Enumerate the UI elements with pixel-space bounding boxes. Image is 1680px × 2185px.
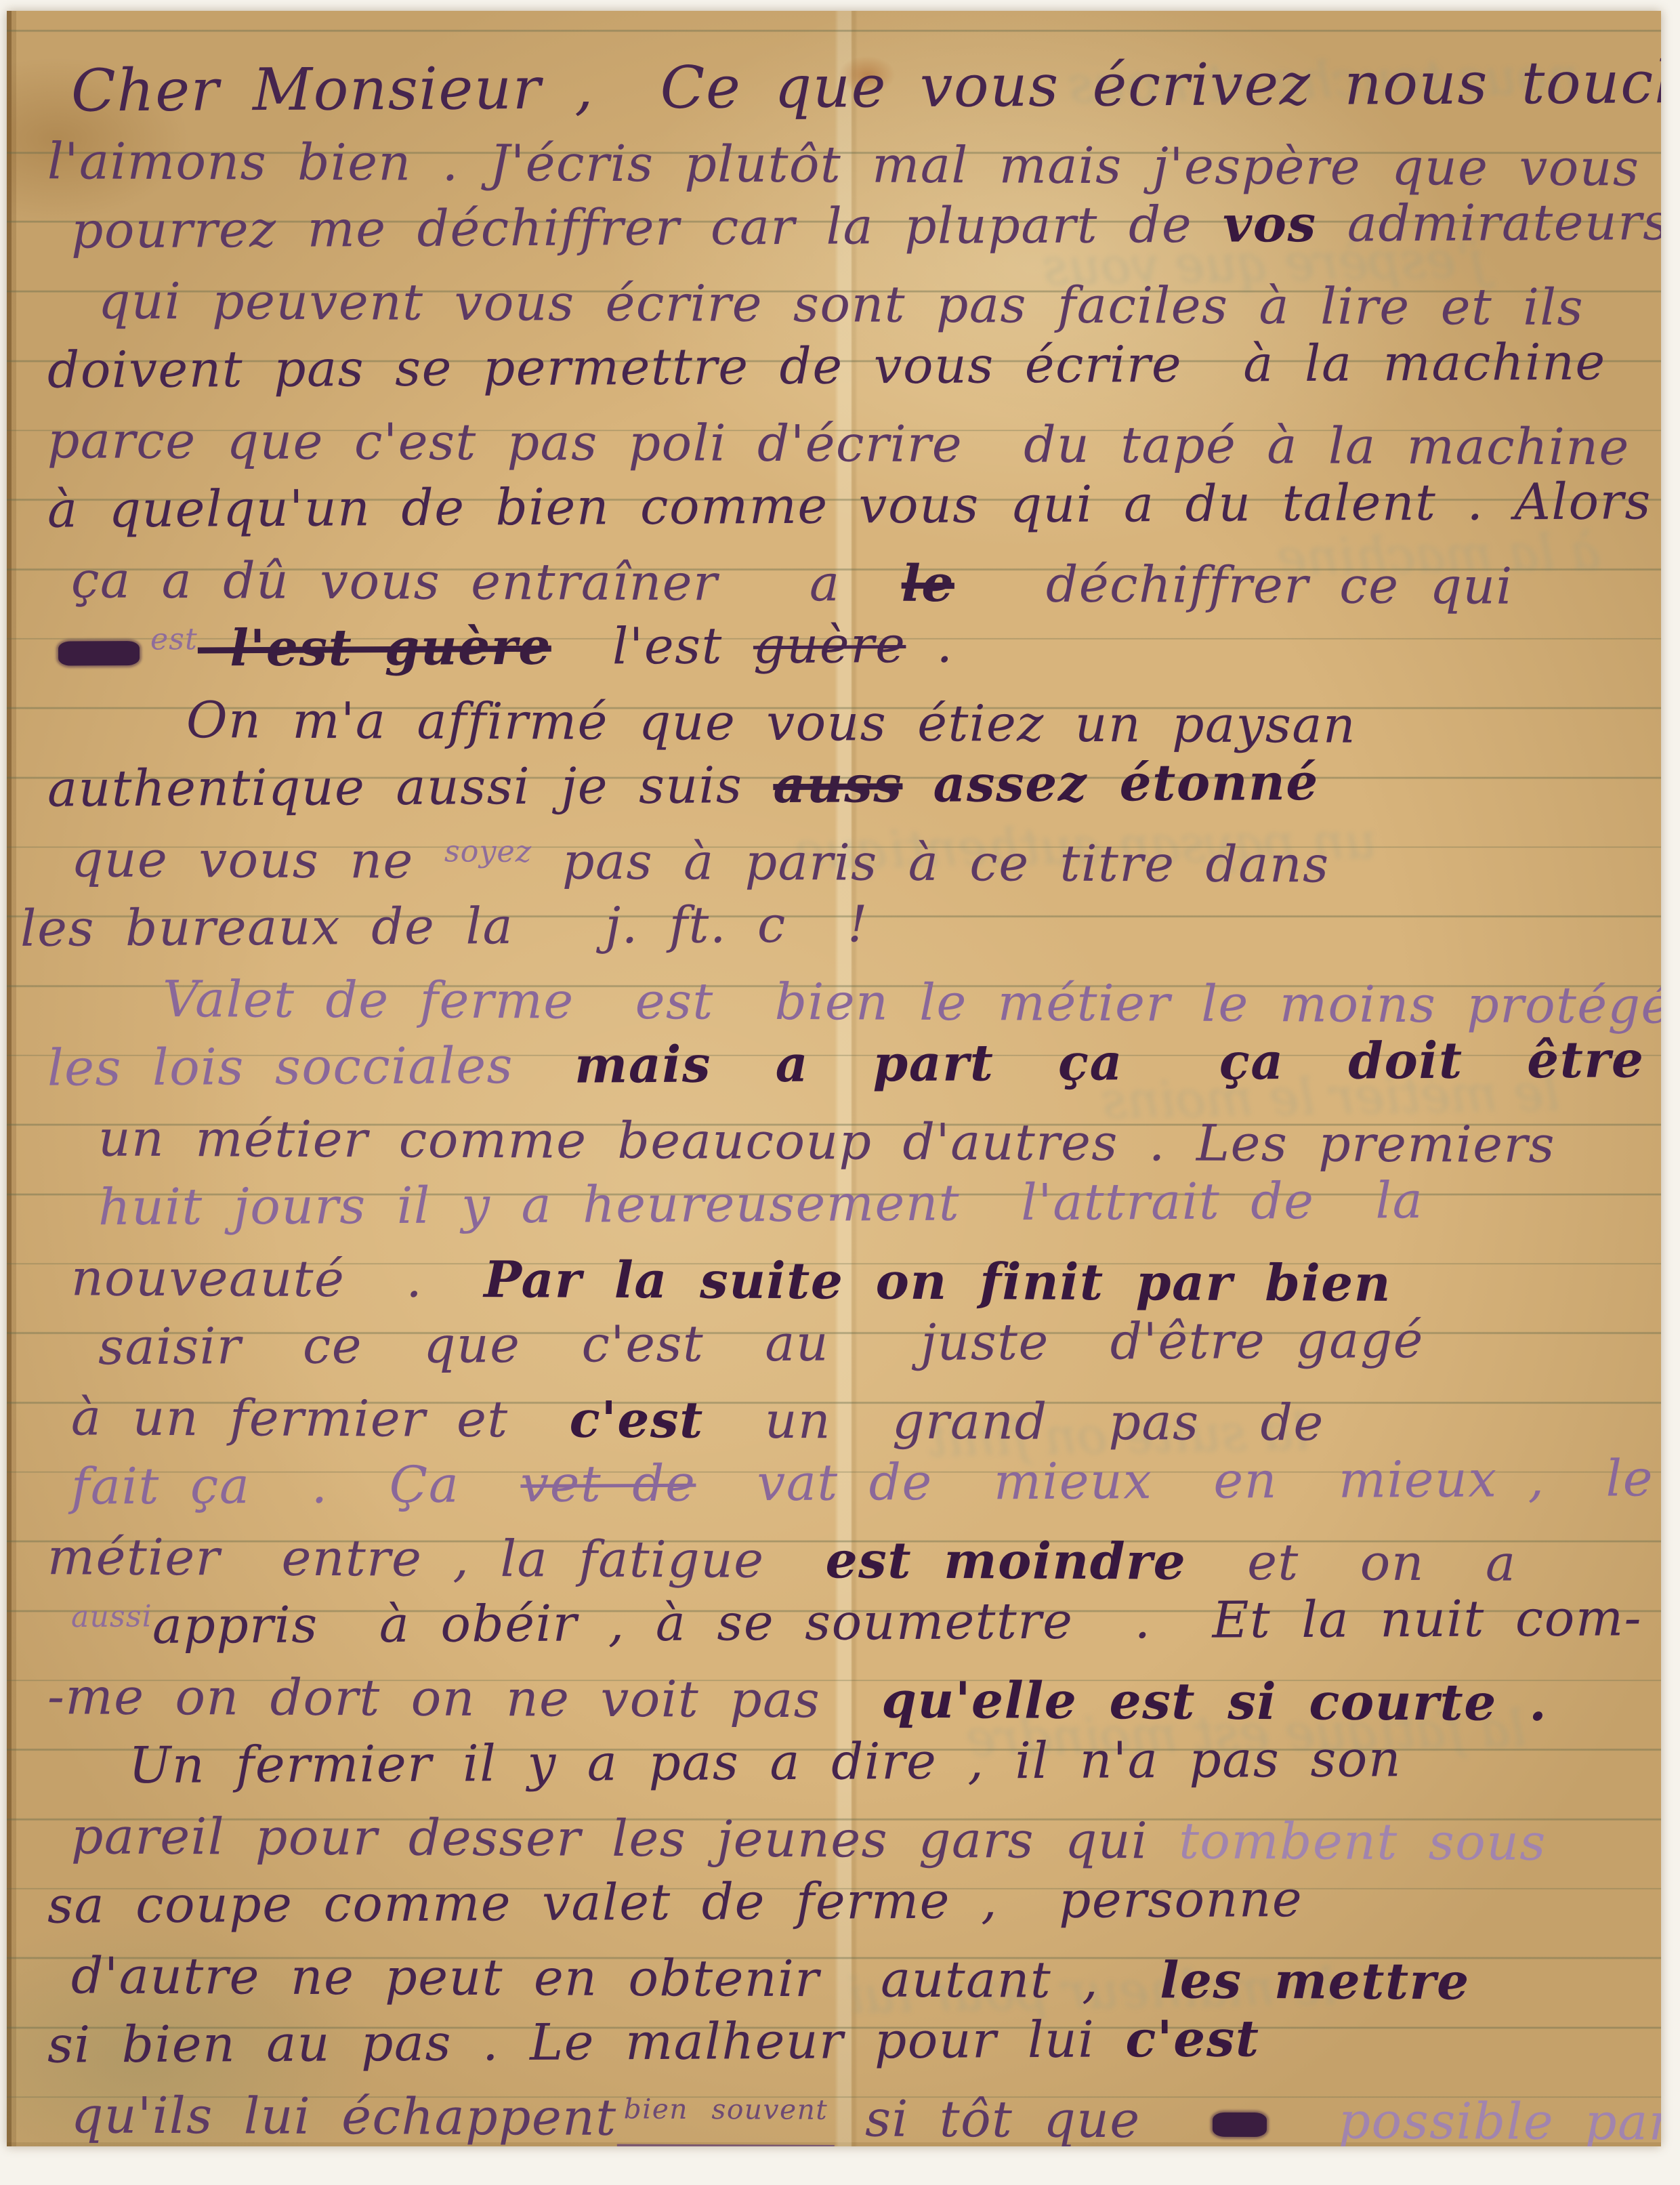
text-run: à un fermier et [71, 1388, 570, 1449]
text-run: authentique aussi je suis [47, 756, 774, 818]
struck-text: le [902, 555, 955, 613]
manuscript-line: huit jours il y a heureusement l'attrait… [7, 1165, 1661, 1243]
text-run: appris à obéir , à se soumettre . Et la … [152, 1589, 1643, 1655]
struck-text: auss [773, 755, 903, 814]
manuscript-line: Un fermier il y a pas a dire , il n'a pa… [7, 1723, 1661, 1802]
inserted-word: soyez [444, 816, 532, 887]
text-run: On m'a affirmé que vous étiez un paysan [186, 691, 1357, 755]
text-run: pareil pour desser les jeunes gars qui [71, 1807, 1179, 1870]
text-run: que vous ne [71, 830, 444, 890]
manuscript-line: si bien au pas . Le malheur pour lui c'e… [7, 2002, 1661, 2081]
manuscript-line: sa coupe comme valet de ferme , personne [7, 1863, 1661, 1941]
letter-page: nous touche et nousj'espère que vousà la… [7, 11, 1661, 2146]
manuscript-line: aussiappris à obéir , à se soumettre . E… [7, 1583, 1661, 1662]
manuscript-line: pourrez me déchiffrer car la plupart de … [7, 188, 1661, 266]
text-run: un grand pas de [704, 1391, 1324, 1452]
text-run: à quelqu'un de bien comme vous qui a du … [47, 472, 1652, 539]
text-run: si bien au pas . Le malheur pour lui [47, 2010, 1126, 2074]
text-run: pourrez me déchiffrer car la plupart de [71, 196, 1223, 260]
overwritten-text: est moindre [825, 1531, 1186, 1591]
text-run: ça a dû vous entraîner a [71, 551, 902, 612]
manuscript-line: fait ça . Ça vet de vat de mieux en mieu… [7, 1444, 1661, 1522]
faded-text: possible par [1339, 2092, 1661, 2146]
overwritten-text: c'est [1125, 2010, 1260, 2068]
manuscript-line: doivent pas se permettre de vous écrire … [7, 327, 1661, 406]
overwritten-text: mais a part ça ça doit être [574, 1031, 1645, 1094]
struck-text: l'est guère [198, 618, 551, 678]
manuscript-line: saisir ce que c'est au juste d'être gagé [7, 1304, 1661, 1383]
text-run: et on a [1186, 1533, 1517, 1593]
text-run: métier entre , la fatigue [47, 1528, 826, 1589]
text-run: l'est [551, 617, 754, 676]
manuscript-line: les bureaux de la j. ft. c ! [7, 886, 1661, 964]
overwritten-text: Par la suite on finit par bien [484, 1251, 1391, 1313]
manuscript-line: authentique aussi je suis auss assez éto… [7, 746, 1661, 825]
text-run: -me on dort on ne voit pas [47, 1667, 882, 1729]
text-run: qui peuvent vous écrire sont pas faciles… [98, 272, 1584, 337]
text-run: d'autre ne peut en obtenir autant , [71, 1947, 1160, 2010]
overwritten-text: qu'elle est si courte . [881, 1671, 1547, 1732]
manuscript-line: qu'ils lui échappentbien souvent si tôt … [7, 2081, 1661, 2146]
overwritten-text: les mettre [1160, 1951, 1470, 2011]
text-run [1278, 2092, 1339, 2146]
text-run: les lois socciales [47, 1037, 574, 1098]
manuscript-line: Cher Monsieur , Ce que vous écrivez nous… [7, 48, 1661, 127]
text-run: nouveauté . [71, 1249, 484, 1309]
ink-blot [1213, 2112, 1267, 2136]
text-run: si tôt que [835, 2089, 1202, 2146]
text-run: l'aimons bien . J'écris plutôt mal mais … [47, 132, 1640, 197]
text-run: qu'ils lui échappent [71, 2086, 617, 2146]
text-run: Un fermier il y a pas a dire , il n'a pa… [129, 1730, 1402, 1795]
overwritten-text: assez étonné [933, 753, 1319, 814]
text-run [902, 755, 933, 814]
text-run: admirateurs [1316, 193, 1661, 253]
text-run: parce que c'est pas poli d'écrire du tap… [47, 411, 1630, 476]
text-run: fait ça . Ça [71, 1455, 521, 1516]
manuscript-line: est l'est guère l'est guère . [7, 606, 1661, 685]
text-run: saisir ce que c'est au juste d'être gagé [98, 1311, 1424, 1376]
manuscript-line: à quelqu'un de bien comme vous qui a du … [7, 467, 1661, 545]
text-run: sa coupe comme valet de ferme , personne [47, 1870, 1303, 1935]
text-run: pas à paris à ce titre dans [532, 832, 1330, 894]
overwritten-text: c'est [569, 1391, 704, 1450]
text-run: huit jours il y a heureusement l'attrait… [98, 1171, 1424, 1236]
handwriting-layer: Cher Monsieur , Ce que vous écrivez nous… [7, 11, 1661, 2146]
text-run: . [906, 616, 953, 674]
manuscript-line: les lois socciales mais a part ça ça doi… [7, 1025, 1661, 1104]
overwritten-text: vos [1223, 195, 1317, 254]
struck-text: guère [753, 616, 906, 675]
text-run: les bureaux de la j. ft. c ! [20, 895, 869, 958]
inserted-word: est [150, 604, 198, 674]
text-run: Cher Monsieur , Ce que vous écrivez nous… [71, 47, 1661, 125]
text-run: déchiffrer ce qui [954, 555, 1513, 616]
inserted-word: aussi [71, 1581, 152, 1652]
struck-text: vet de [520, 1455, 696, 1514]
text-run: vat de mieux en mieux , le [696, 1449, 1654, 1512]
text-run: doivent pas se permettre de vous écrire … [47, 333, 1606, 400]
text-run: un métier comme beaucoup d'autres . Les … [98, 1110, 1555, 1174]
ink-blot [58, 641, 140, 666]
inserted-word: bien souvent [616, 2075, 835, 2146]
scanner-background: { "palette": { "paper": "#d8b47c", "rule… [0, 0, 1680, 2185]
